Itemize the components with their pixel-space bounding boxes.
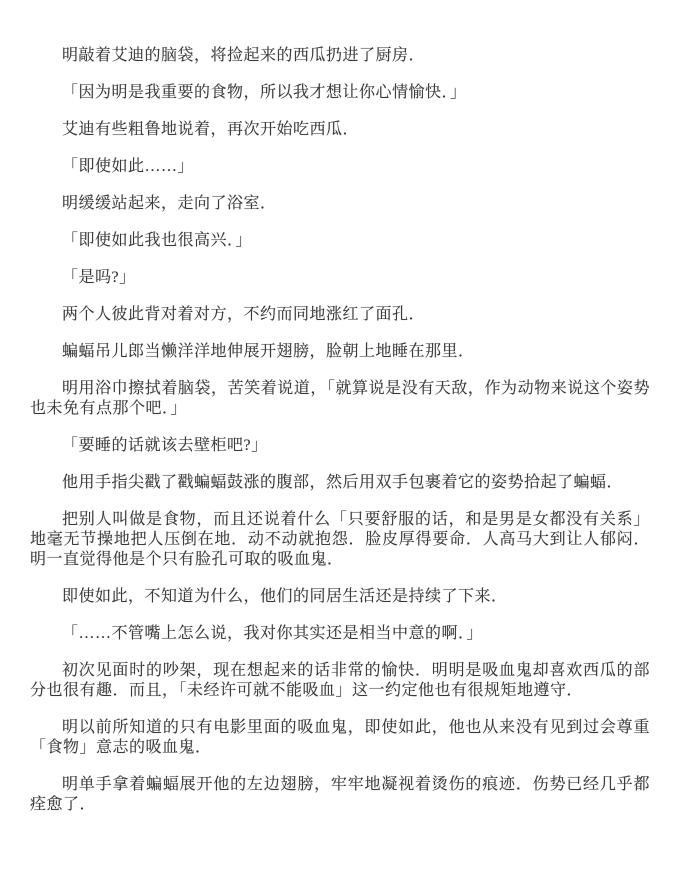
paragraph: 初次见面时的吵架，现在想起来的话非常的愉快．明明是吸血鬼却喜欢西瓜的部分也很有趣… [30,661,650,701]
paragraph: 即使如此，不知道为什么，他们的同居生活还是持续了下来． [30,587,650,607]
paragraph: 「要睡的话就该去壁柜吧?」 [30,436,650,456]
paragraph: 明敲着艾迪的脑袋，将捡起来的西瓜扔进了厨房． [30,46,650,66]
paragraph: 蝙蝠吊儿郎当懒洋洋地伸展开翅膀，脸朝上地睡在那里． [30,342,650,362]
paragraph: 明以前所知道的只有电影里面的吸血鬼，即使如此，他也从来没有见到过会尊重「食物」意… [30,718,650,758]
paragraph: 「是吗?」 [30,268,650,288]
paragraph: 他用手指尖戳了戳蝙蝠鼓涨的腹部，然后用双手包裹着它的姿势拾起了蝙蝠． [30,473,650,493]
paragraph: 明缓缓站起来，走向了浴室． [30,194,650,214]
paragraph: 「因为明是我重要的食物，所以我才想让你心情愉快．」 [30,83,650,103]
paragraph: 「即使如此……」 [30,157,650,177]
paragraph: 两个人彼此背对着对方，不约而同地涨红了面孔． [30,305,650,325]
paragraph: 艾迪有些粗鲁地说着，再次开始吃西瓜． [30,120,650,140]
document-page: 明敲着艾迪的脑袋，将捡起来的西瓜扔进了厨房．「因为明是我重要的食物，所以我才想让… [0,0,680,880]
paragraph: 明用浴巾擦拭着脑袋，苦笑着说道，「就算说是没有天敌，作为动物来说这个姿势也未免有… [30,379,650,419]
paragraph: 把别人叫做是食物，而且还说着什么「只要舒服的话，和是男是女都没有关系」地毫无节操… [30,510,650,570]
paragraph: 「即使如此我也很高兴．」 [30,231,650,251]
paragraph: 明单手拿着蝙蝠展开他的左边翅膀，牢牢地凝视着烫伤的痕迹．伤势已经几乎都痊愈了． [30,775,650,815]
text-content: 明敲着艾迪的脑袋，将捡起来的西瓜扔进了厨房．「因为明是我重要的食物，所以我才想让… [30,46,650,815]
paragraph: 「……不管嘴上怎么说，我对你其实还是相当中意的啊．」 [30,624,650,644]
